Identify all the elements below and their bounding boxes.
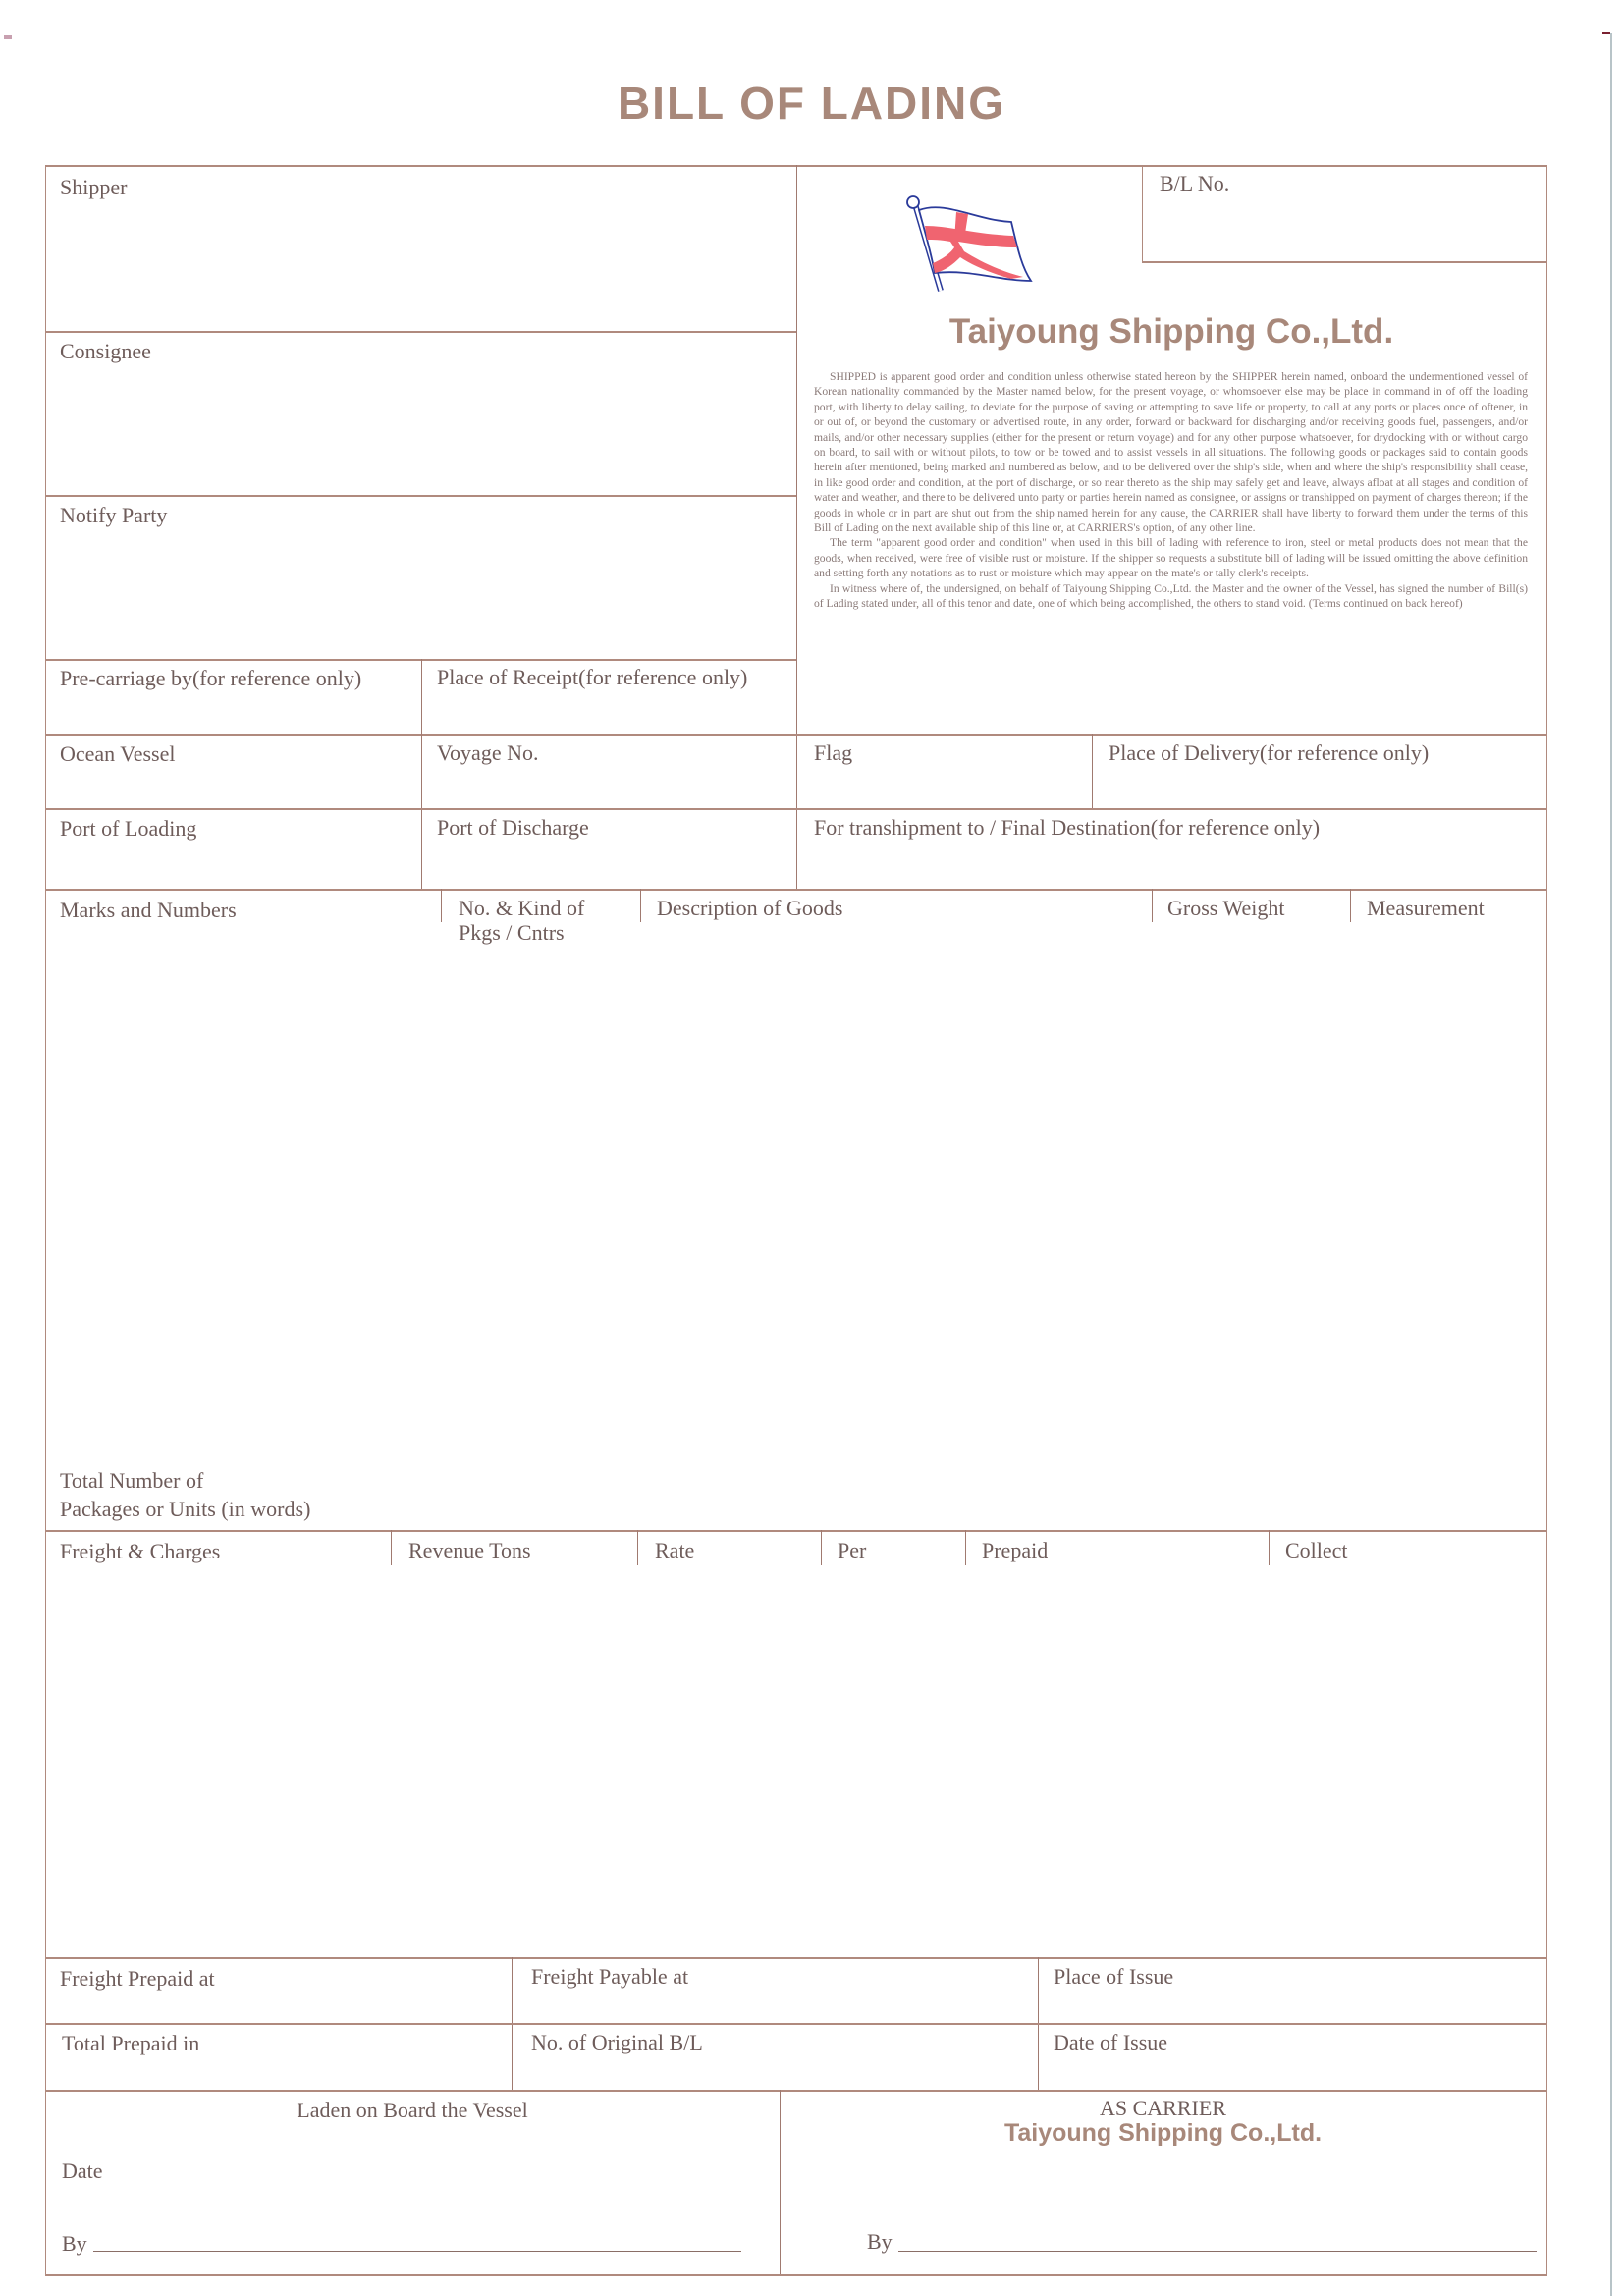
flag-logo-icon (901, 192, 1039, 297)
row-line-signature (45, 2090, 1547, 2092)
place-of-issue-label: Place of Issue (1054, 1964, 1173, 1990)
terms-paragraph-2: The term "apparent good order and condit… (814, 535, 1528, 580)
terms-paragraph-1: SHIPPED is apparent good order and condi… (814, 369, 1528, 535)
ocean-vessel-label: Ocean Vessel (60, 741, 176, 767)
cargo-col-divider-2 (640, 889, 641, 922)
place-of-delivery-label: Place of Delivery(for reference only) (1109, 740, 1429, 766)
by-right-label: By (867, 2229, 893, 2255)
rate-header: Rate (655, 1538, 694, 1563)
no-kind-pkgs-header-line1: No. & Kind of (459, 896, 584, 921)
freight-prepaid-at-label: Freight Prepaid at (60, 1966, 215, 1992)
port-of-discharge-label: Port of Discharge (437, 815, 589, 841)
cargo-col-divider-4 (1350, 889, 1351, 922)
precarriage-divider (421, 659, 422, 734)
total-prepaid-in-label: Total Prepaid in (62, 2031, 199, 2056)
freight-payable-at-label: Freight Payable at (531, 1964, 688, 1990)
vessel-divider (421, 734, 422, 889)
freight-col-divider-5 (1269, 1530, 1270, 1565)
by-left-signature-line[interactable] (93, 2251, 741, 2252)
consignee-label: Consignee (60, 339, 151, 364)
bl-box-left (1142, 165, 1143, 261)
freight-col-divider-4 (965, 1530, 966, 1565)
no-of-original-bl-label: No. of Original B/L (531, 2030, 703, 2055)
terms-paragraph-3: In witness where of, the undersigned, on… (814, 581, 1528, 612)
port-of-loading-label: Port of Loading (60, 816, 196, 842)
prepaid-header: Prepaid (982, 1538, 1048, 1563)
pre-carriage-label: Pre-carriage by(for reference only) (60, 666, 361, 691)
total-packages-label-line1: Total Number of (60, 1468, 203, 1494)
row-line-freight (45, 1530, 1547, 1532)
notify-party-label: Notify Party (60, 503, 167, 528)
scan-mark (4, 35, 12, 39)
terms-and-conditions: SHIPPED is apparent good order and condi… (814, 369, 1528, 612)
by-right-signature-line[interactable] (898, 2251, 1537, 2252)
row-line-loading (45, 808, 1547, 810)
bl-box-bottom (1142, 261, 1546, 263)
flag-divider (1092, 734, 1093, 808)
form-bottom-border (45, 2274, 1547, 2276)
scan-edge-mark (1602, 32, 1610, 34)
no-kind-pkgs-header-line2: Pkgs / Cntrs (459, 920, 565, 946)
row-line-cargo (45, 889, 1547, 891)
freight-col-divider-1 (391, 1530, 392, 1565)
center-divider (796, 165, 797, 889)
freight-col-divider-2 (637, 1530, 638, 1565)
gross-weight-header: Gross Weight (1167, 896, 1284, 921)
flag-label: Flag (814, 740, 852, 766)
revenue-tons-header: Revenue Tons (408, 1538, 531, 1563)
document-title: BILL OF LADING (0, 77, 1623, 130)
laden-on-board-label: Laden on Board the Vessel (45, 2098, 780, 2123)
description-of-goods-header: Description of Goods (657, 896, 842, 921)
final-destination-label: For transhipment to / Final Destination(… (814, 815, 1320, 841)
freight-charges-header: Freight & Charges (60, 1539, 220, 1564)
place-of-receipt-label: Place of Receipt(for reference only) (437, 665, 747, 690)
collect-header: Collect (1285, 1538, 1348, 1563)
voyage-no-label: Voyage No. (437, 740, 538, 766)
cargo-col-divider-1 (441, 889, 442, 922)
cargo-col-divider-3 (1152, 889, 1153, 922)
measurement-header: Measurement (1367, 896, 1485, 921)
company-name-heading: Taiyoung Shipping Co.,Ltd. (796, 312, 1546, 352)
date-label: Date (62, 2159, 103, 2184)
marks-and-numbers-header: Marks and Numbers (60, 898, 237, 923)
consignee-bottom-line (45, 495, 796, 497)
shipper-label: Shipper (60, 175, 127, 200)
per-header: Per (838, 1538, 866, 1563)
total-packages-label-line2: Packages or Units (in words) (60, 1497, 310, 1522)
shipper-bottom-line (45, 331, 796, 333)
row-line-total-prepaid (45, 2023, 1547, 2025)
row-line-prepaid (45, 1957, 1547, 1959)
by-left-label: By (62, 2231, 87, 2257)
date-of-issue-label: Date of Issue (1054, 2030, 1167, 2055)
bl-no-label: B/L No. (1160, 171, 1229, 196)
row-line-vessel (45, 734, 1547, 736)
page-edge (1610, 33, 1612, 2296)
freight-col-divider-3 (821, 1530, 822, 1565)
as-carrier-label: AS CARRIER (780, 2096, 1546, 2121)
carrier-company-name: Taiyoung Shipping Co.,Ltd. (780, 2119, 1546, 2148)
